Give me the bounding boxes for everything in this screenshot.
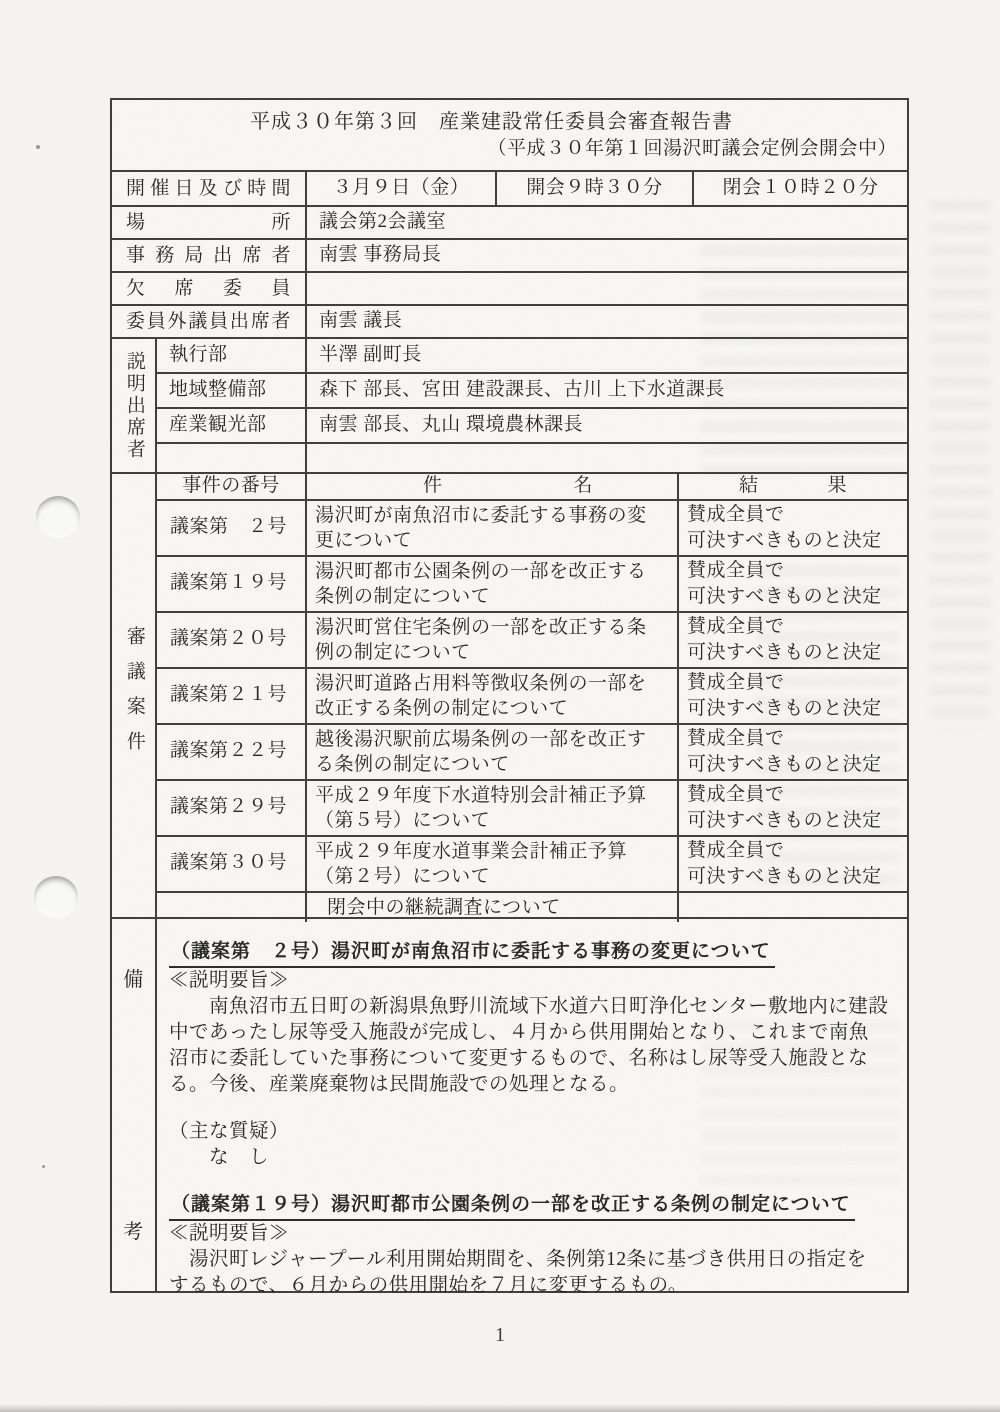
agenda-row: 議案第３０号 平成２９年度水道事業会計補正予算 （第２号）について 賛成全員で … [157,837,907,893]
agenda-number: 議案第２２号 [157,725,307,779]
agenda-header-row: 事件の番号 件名 結果 [157,474,907,501]
info-row-label: 欠席委員 [126,273,291,304]
close-time: 閉会１０時２０分 [694,172,907,205]
agenda-rows: 事件の番号 件名 結果 議案第 ２号 湯沢町が南魚沼市に委託する事務の変 更につ… [157,474,907,917]
agenda-header-name: 件名 [307,474,679,499]
agenda-number [157,893,307,922]
hole-punch [34,876,78,918]
agenda-name: 越後湯沢駅前広場条例の一部を改正す る条例の制定について [307,725,679,779]
agenda-row: 議案第２９号 平成２９年度下水道特別会計補正予算 （第５号）について 賛成全員で… [157,781,907,837]
explainer-row: 執行部 半澤 副町長 [157,339,907,374]
agenda-result: 賛成全員で 可決すべきものと決定 [679,613,907,667]
info-row: 委員外議員出席者 南雲 議長 [112,306,907,339]
agenda-number: 議案第２１号 [157,669,307,723]
info-row: 場所 議会第2会議室 [112,207,907,240]
explainer-dept: 執行部 [157,339,307,372]
info-row: 事務局出席者 南雲 事務局長 [112,240,907,273]
agenda-result: 賛成全員で 可決すべきものと決定 [679,725,907,779]
report-table: 平成３０年第３回 産業建設常任委員会審査報告書 （平成３０年第１回湯沢町議会定例… [110,98,909,1293]
agenda-result: 賛成全員で 可決すべきものと決定 [679,837,907,891]
remark-text: （主な質疑） [169,1121,289,1142]
agenda-name: 平成２９年度下水道特別会計補正予算 （第５号）について [307,781,679,835]
hole-punch [36,496,80,538]
agenda-number: 議案第 ２号 [157,501,307,555]
agenda-name: 湯沢町都市公園条例の一部を改正する 条例の制定について [307,557,679,611]
remark-text: ≪説明要旨≫ [169,970,289,991]
scanned-report-page: 平成３０年第３回 産業建設常任委員会審査報告書 （平成３０年第１回湯沢町議会定例… [0,0,1000,1412]
agenda-row: 閉会中の継続調査について [157,893,907,922]
agenda-header-number: 事件の番号 [157,474,307,499]
explainer-dept: 産業観光部 [157,409,307,442]
agenda-row: 議案第２２号 越後湯沢駅前広場条例の一部を改正す る条例の制定について 賛成全員… [157,725,907,781]
explainer-row: 産業観光部 南雲 部長、丸山 環境農林課長 [157,409,907,444]
title-block: 平成３０年第３回 産業建設常任委員会審査報告書 （平成３０年第１回湯沢町議会定例… [112,100,907,172]
info-rows: 場所 議会第2会議室 事務局出席者 南雲 事務局長 欠席委員 委員外議員出席者 … [112,207,907,339]
info-row-value: 議会第2会議室 [307,207,907,238]
explainer-members: 半澤 副町長 [307,339,907,372]
agenda-number: 議案第３０号 [157,837,307,891]
remark-heading: （議案第１９号）湯沢町都市公園条例の一部を改正する条例の制定について [169,1192,855,1221]
page-subtitle: （平成３０年第１回湯沢町議会定例会開会中） [112,137,907,162]
explainer-members: 森下 部長、宮田 建設課長、古川 上下水道課長 [307,374,907,407]
remarks-section: 備 考 （議案第 ２号）湯沢町が南魚沼市に委託する事務の変更について≪説明要旨≫… [112,919,907,1291]
datetime-row: 開催日及び時間 ３月９日（金） 開会９時３０分 閉会１０時２０分 [112,172,907,207]
info-row-value: 南雲 議長 [307,306,907,337]
remark-block [169,1171,891,1192]
info-row-value [307,273,907,304]
info-row-label: 事務局出席者 [126,240,291,271]
remark-block: （議案第１９号）湯沢町都市公園条例の一部を改正する条例の制定について [169,1192,891,1221]
remark-text: 南魚沼市五日町の新潟県魚野川流域下水道六日町浄化センター敷地内に建設 中であった… [169,996,888,1095]
remark-block: ≪説明要旨≫ [169,968,891,994]
remark-text: ≪説明要旨≫ [169,1223,289,1244]
agenda-result: 賛成全員で 可決すべきものと決定 [679,669,907,723]
info-row-value: 南雲 事務局長 [307,240,907,271]
open-time: 開会９時３０分 [497,172,694,205]
remark-text: な し [169,1147,269,1168]
datetime-label: 開催日及び時間 [112,172,307,205]
explainer-members [307,444,907,472]
agenda-name: 湯沢町が南魚沼市に委託する事務の変 更について [307,501,679,555]
agenda-name: 平成２９年度水道事業会計補正予算 （第２号）について [307,837,679,891]
agenda-result: 賛成全員で 可決すべきものと決定 [679,501,907,555]
agenda-row: 議案第 ２号 湯沢町が南魚沼市に委託する事務の変 更について 賛成全員で 可決す… [157,501,907,557]
agenda-row: 議案第１９号 湯沢町都市公園条例の一部を改正する 条例の制定について 賛成全員で… [157,557,907,613]
remark-text: 湯沢町レジャープール利用開始期間を、条例第12条に基づき供用日の指定を するもの… [169,1249,867,1296]
agenda-name: 湯沢町営住宅条例の一部を改正する条 例の制定について [307,613,679,667]
agenda-name: 湯沢町道路占用料等徴収条例の一部を 改正する条例の制定について [307,669,679,723]
explainers-section-label: 説明出席者 [112,339,157,472]
remark-block: （議案第 ２号）湯沢町が南魚沼市に委託する事務の変更について [169,939,891,968]
agenda-row: 議案第２１号 湯沢町道路占用料等徴収条例の一部を 改正する条例の制定について 賛… [157,669,907,725]
agenda-number: 議案第１９号 [157,557,307,611]
agenda-row: 議案第２０号 湯沢町営住宅条例の一部を改正する条 例の制定について 賛成全員で … [157,613,907,669]
info-row-label: 委員外議員出席者 [126,306,291,337]
explainer-row [157,444,907,472]
info-row-label: 場所 [126,207,291,238]
bleed-through-marks [930,190,990,730]
explainer-dept [157,444,307,472]
explainer-members: 南雲 部長、丸山 環境農林課長 [307,409,907,442]
meeting-date: ３月９日（金） [307,172,497,205]
explainer-row: 地域整備部 森下 部長、宮田 建設課長、古川 上下水道課長 [157,374,907,409]
remark-block: ≪説明要旨≫ [169,1221,891,1247]
agenda-result: 賛成全員で 可決すべきものと決定 [679,557,907,611]
page-title: 平成３０年第３回 産業建設常任委員会審査報告書 [112,109,907,135]
remarks-section-label: 備 考 [112,919,157,1291]
scan-speck [42,1165,45,1168]
remark-blocks: （議案第 ２号）湯沢町が南魚沼市に委託する事務の変更について≪説明要旨≫ 南魚沼… [157,919,907,1291]
agenda-name: 閉会中の継続調査について [307,893,679,922]
agenda-result: 賛成全員で 可決すべきものと決定 [679,781,907,835]
info-row: 欠席委員 [112,273,907,306]
agenda-number: 議案第２０号 [157,613,307,667]
explainer-rows: 執行部 半澤 副町長 地域整備部 森下 部長、宮田 建設課長、古川 上下水道課長… [157,339,907,472]
remark-block: （主な質疑） [169,1119,891,1145]
remark-heading: （議案第 ２号）湯沢町が南魚沼市に委託する事務の変更について [169,939,775,968]
agenda-section-label: 審議案件 [112,474,157,917]
scan-edge-shadow [0,1404,1000,1412]
remark-block [169,1098,891,1119]
explainer-dept: 地域整備部 [157,374,307,407]
scan-speck [36,145,40,149]
agenda-number: 議案第２９号 [157,781,307,835]
explainers-section: 説明出席者 執行部 半澤 副町長 地域整備部 森下 部長、宮田 建設課長、古川 … [112,339,907,474]
remark-block: 南魚沼市五日町の新潟県魚野川流域下水道六日町浄化センター敷地内に建設 中であった… [169,994,891,1098]
agenda-result [679,893,907,922]
remark-block: な し [169,1145,891,1171]
page-number: 1 [0,1324,1000,1347]
remark-block: 湯沢町レジャープール利用開始期間を、条例第12条に基づき供用日の指定を するもの… [169,1247,891,1299]
agenda-section: 審議案件 事件の番号 件名 結果 議案第 ２号 湯沢町が南魚沼市に委託する事務の… [112,474,907,919]
agenda-header-result: 結果 [679,474,907,499]
